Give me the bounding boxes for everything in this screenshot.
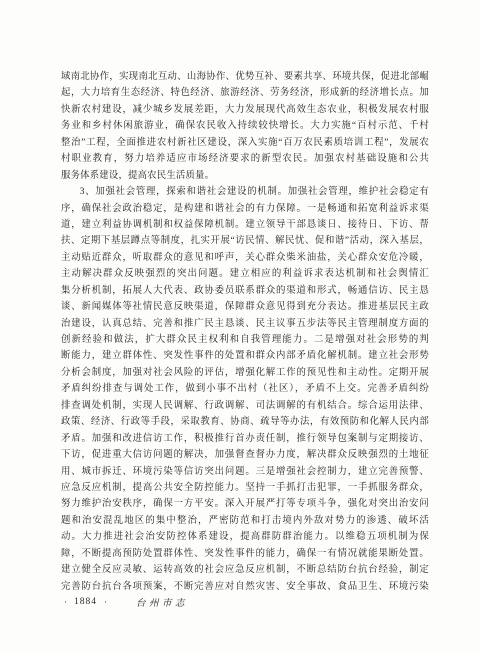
text-line: 应急反应机制，提高公共安全防控能力。坚持一手抓打击犯罪，一手抓服务群众， <box>61 480 429 496</box>
text-line: 下访，促进重大信访问题的解决，加强督查督办力度，解决群众反映强烈的土地征 <box>61 447 429 463</box>
text-line: 道，建立利益协调机制和权益保障机制。建立领导干部恳谈日、接待日、下访、帮 <box>61 217 429 233</box>
text-line-paragraph-end: 服务体系建设，提高农民生活质量。 <box>61 168 429 184</box>
page-footer: · 1884 · 台州市志 <box>64 595 188 609</box>
text-line: 主动贴近群众，听取群众的意见和呼声，关心群众柴米油盐，关心群众安危冷暖， <box>61 250 429 266</box>
book-title: 台州市志 <box>136 595 188 609</box>
text-line: 主动解决群众反映强烈的突出问题。建立相应的利益诉求表达机制和社会舆情汇 <box>61 266 429 282</box>
text-line: 快新农村建设，减少城乡发展差距，大力发展现代高效生态农业，积极发展农村服 <box>61 102 429 118</box>
text-line: 政策、经济、行政等手段，采取教育、协商、疏导等办法，有效预防和化解人民内部 <box>61 414 429 430</box>
text-line-paragraph-start: 3、加强社会管理，探索和谐社会建设的机制。加强社会管理，维护社会稳定有 <box>61 184 429 200</box>
text-line: 创新经验和做法，扩大群众民主权利和自我管理能力。二是增强对社会形势的判 <box>61 332 429 348</box>
text-line: 题和治安混乱地区的集中整治，严密防范和打击境内外敌对势力的渗透、破坏活 <box>61 513 429 529</box>
text-line: 矛盾。加强和改进信访工作，积极推行首办责任制，推行领导包案制与定期接访、 <box>61 431 429 447</box>
text-line: 集分析机制，拓展人大代表、政协委员联系群众的渠道和形式，畅通信访、民主恳 <box>61 283 429 299</box>
scanned-book-page: 域南北协作，实现南北互动、山海协作、优势互补、要素共享、环境共保，促进北部崛 起… <box>0 0 480 651</box>
text-line: 域南北协作，实现南北互动、山海协作、优势互补、要素共享、环境共保，促进北部崛 <box>61 69 429 85</box>
text-line: 障，不断提高预防处置群体性、突发性事件的能力，确保一有情况就能果断处置。 <box>61 546 429 562</box>
text-line: 动。大力推进社会治安防控体系建设，提高群防群治能力。以维稳五项机制为保 <box>61 529 429 545</box>
text-line: 断能力，建立群体性、突发性事件的处置和群众内部矛盾化解机制。建立社会形势 <box>61 348 429 364</box>
text-line: 谈、新闻媒体等社情民意反映渠道，保障群众意见得到充分表达。推进基层民主政 <box>61 299 429 315</box>
page-number: 1884 <box>74 597 97 607</box>
text-line: 村职业教育，努力培养适应市场经济要求的新型农民。加强农村基础设施和公共 <box>61 151 429 167</box>
text-line: 完善防台抗台各项预案，不断完善应对自然灾害、安全事故、食品卫生、环境污染 <box>61 579 429 595</box>
text-line: 矛盾纠纷排查与调处工作，做到小事不出村（社区），矛盾不上交。完善矛盾纠纷 <box>61 381 429 397</box>
text-line: 扶、定期下基层蹲点等制度，扎实开展“访民情、解民忧、促和谐”活动，深入基层， <box>61 233 429 249</box>
text-line: 起，大力培育生态经济、特色经济、旅游经济、劳务经济，形成新的经济增长点。加 <box>61 85 429 101</box>
text-line: 序，确保社会政治稳定，是构建和谐社会的有力保障。一是畅通和拓宽利益诉求渠 <box>61 201 429 217</box>
text-line: 治建设，认真总结、完善和推广民主恳谈、民主议事五步法等民主管理制度方面的 <box>61 316 429 332</box>
text-line: 整治”工程，全面推进农村新社区建设，深入实施“百万农民素质培训工程”，发展农 <box>61 135 429 151</box>
text-line: 建立健全反应灵敏、运转高效的社会应急反应机制，不断总结防台抗台经验，制定 <box>61 562 429 578</box>
text-line: 努力维护治安秩序，确保一方平安。深入开展严打等专项斗争，强化对突出治安问 <box>61 496 429 512</box>
text-line: 排查调处机制，实现人民调解、行政调解、司法调解的有机结合。综合运用法律、 <box>61 398 429 414</box>
text-line: 务业和乡村休闲旅游业，确保农民收入持续较快增长。大力实施“百村示范、千村 <box>61 118 429 134</box>
text-line: 用、城市拆迁、环境污染等信访突出问题。三是增强社会控制力，建立完善预警、 <box>61 464 429 480</box>
footer-right-dot: · <box>104 595 107 609</box>
footer-left-dot: · <box>64 595 67 609</box>
body-text-block: 域南北协作，实现南北互动、山海协作、优势互补、要素共享、环境共保，促进北部崛 起… <box>61 69 429 595</box>
text-line: 分析会制度，加强对社会风险的评估，增强化解工作的预见性和主动性。定期开展 <box>61 365 429 381</box>
